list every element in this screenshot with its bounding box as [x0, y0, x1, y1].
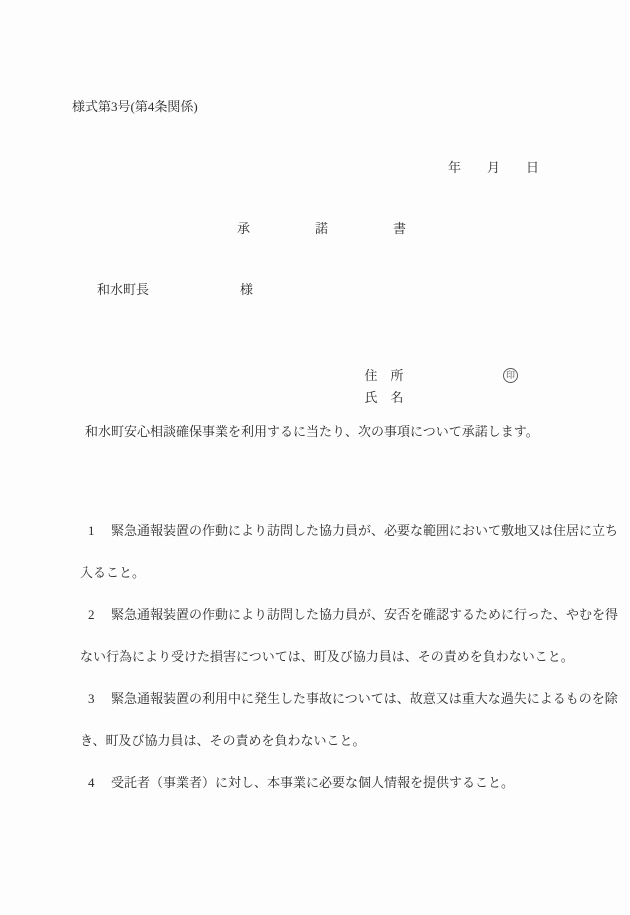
item-number: 1 — [88, 520, 111, 541]
signature-block: 住 所 氏 名 印 — [345, 343, 404, 387]
item-number: 2 — [88, 604, 111, 625]
item-number: 4 — [88, 772, 111, 793]
item-first-line: 2緊急通報装置の作動により訪問した協力員が、安否を確認するために行った、やむを得 — [62, 583, 602, 646]
body-paragraph: 和水町安心相談確保事業を利用するに当たり、次の事項について承諾します。 — [72, 421, 539, 440]
item-text-continued: ない行為により受けた損害については、町及び協力員は、その責めを負わないこと。 — [80, 646, 602, 667]
list-item: 3緊急通報装置の利用中に発生した事故については、故意又は重大な過失によるものを除… — [62, 667, 602, 751]
item-number: 3 — [88, 688, 111, 709]
item-first-line: 3緊急通報装置の利用中に発生した事故については、故意又は重大な過失によるものを除 — [62, 667, 602, 730]
list-item: 1緊急通報装置の作動により訪問した協力員が、必要な範囲において敷地又は住居に立ち… — [62, 499, 602, 583]
consent-list: 1緊急通報装置の作動により訪問した協力員が、必要な範囲において敷地又は住居に立ち… — [62, 499, 602, 814]
item-text-continued: 入ること。 — [80, 562, 602, 583]
document-page: 様式第3号(第4条関係) 年 月 日 承 諾 書 和水町長 様 住 所 氏 名 … — [0, 0, 630, 915]
document-title: 承 諾 書 — [237, 222, 406, 237]
name-line: 氏 名 印 — [345, 365, 404, 387]
item-first-line: 1緊急通報装置の作動により訪問した協力員が、必要な範囲において敷地又は住居に立ち — [62, 499, 602, 562]
item-text: 緊急通報装置の作動により訪問した協力員が、安否を確認するために行った、やむを得 — [111, 607, 618, 622]
item-text-continued: き、町及び協力員は、その責めを負わないこと。 — [80, 730, 602, 751]
list-item: 2緊急通報装置の作動により訪問した協力員が、安否を確認するために行った、やむを得… — [62, 583, 602, 667]
name-label: 氏 名 — [365, 390, 404, 405]
date-line: 年 月 日 — [448, 161, 539, 176]
seal-label: 印 — [506, 371, 515, 380]
addressee-line: 和水町長 様 — [97, 283, 253, 298]
item-text: 緊急通報装置の利用中に発生した事故については、故意又は重大な過失によるものを除 — [111, 691, 618, 706]
list-item: 4受託者（事業者）に対し、本事業に必要な個人情報を提供すること。 — [62, 751, 602, 814]
item-first-line: 4受託者（事業者）に対し、本事業に必要な個人情報を提供すること。 — [62, 751, 602, 814]
item-text: 緊急通報装置の作動により訪問した協力員が、必要な範囲において敷地又は住居に立ち — [111, 523, 618, 538]
address-line: 住 所 — [345, 343, 404, 365]
form-number: 様式第3号(第4条関係) — [72, 100, 198, 115]
item-text: 受託者（事業者）に対し、本事業に必要な個人情報を提供すること。 — [111, 775, 514, 790]
seal-stamp: 印 — [503, 368, 518, 383]
